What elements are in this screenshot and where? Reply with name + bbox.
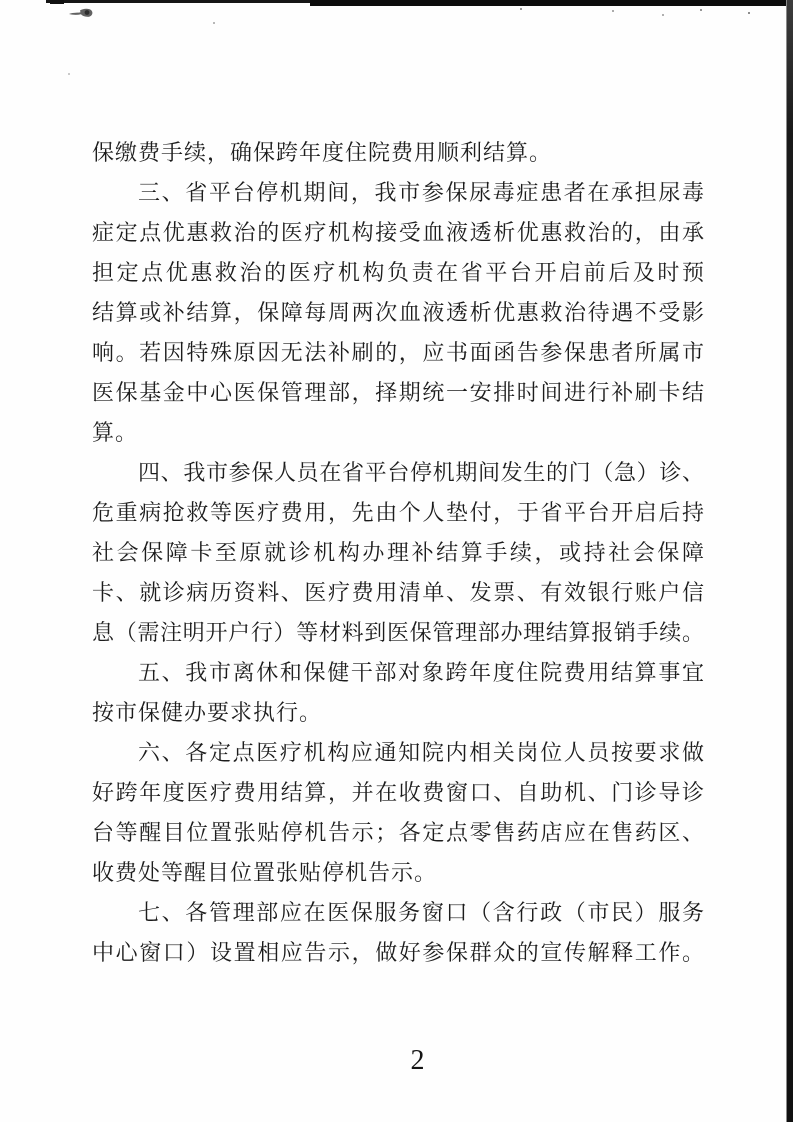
text-line: 保缴费手续，确保跨年度住院费用顺利结算。 xyxy=(92,133,704,173)
text-line: 四、我市参保人员在省平台停机期间发生的门（急）诊、 xyxy=(92,453,704,493)
text-line: 危重病抢救等医疗费用，先由个人垫付，于省平台开启后持 xyxy=(92,493,704,533)
ink-mark-icon xyxy=(68,4,98,22)
scan-edge-top-left-nub xyxy=(50,0,64,4)
document-text: 保缴费手续，确保跨年度住院费用顺利结算。三、省平台停机期间，我市参保尿毒症患者在… xyxy=(92,133,704,973)
text-line: 台等醒目位置张贴停机告示；各定点零售药店应在售药区、 xyxy=(92,813,704,853)
text-line: 六、各定点医疗机构应通知院内相关岗位人员按要求做 xyxy=(92,733,704,773)
text-line: 好跨年度医疗费用结算，并在收费窗口、自助机、门诊导诊 xyxy=(92,773,704,813)
text-line: 按市保健办要求执行。 xyxy=(92,693,704,733)
text-line: 症定点优惠救治的医疗机构接受血液透析优惠救治的，由承 xyxy=(92,213,704,253)
text-line: 算。 xyxy=(92,413,704,453)
text-line: 七、各管理部应在医保服务窗口（含行政（市民）服务 xyxy=(92,893,704,933)
text-line: 中心窗口）设置相应告示，做好参保群众的宣传解释工作。 xyxy=(92,933,704,973)
document-page: 保缴费手续，确保跨年度住院费用顺利结算。三、省平台停机期间，我市参保尿毒症患者在… xyxy=(0,0,793,1122)
text-line: 担定点优惠救治的医疗机构负责在省平台开启前后及时预 xyxy=(92,253,704,293)
text-line: 卡、就诊病历资料、医疗费用清单、发票、有效银行账户信 xyxy=(92,573,704,613)
text-line: 五、我市离休和保健干部对象跨年度住院费用结算事宜 xyxy=(92,653,704,693)
text-line: 三、省平台停机期间，我市参保尿毒症患者在承担尿毒 xyxy=(92,173,704,213)
text-line: 响。若因特殊原因无法补刷的，应书面函告参保患者所属市 xyxy=(92,333,704,373)
text-line: 社会保障卡至原就诊机构办理补结算手续，或持社会保障 xyxy=(92,533,704,573)
text-line: 医保基金中心医保管理部，择期统一安排时间进行补刷卡结 xyxy=(92,373,704,413)
scan-edge-top-right xyxy=(310,0,793,6)
text-line: 结算或补结算，保障每周两次血液透析优惠救治待遇不受影 xyxy=(92,293,704,333)
scan-edge-right xyxy=(786,0,793,1122)
text-line: 收费处等醒目位置张贴停机告示。 xyxy=(92,853,704,893)
text-line: 息（需注明开户行）等材料到医保管理部办理结算报销手续。 xyxy=(92,613,704,653)
page-number: 2 xyxy=(0,1044,793,1078)
scan-speckles xyxy=(0,0,2,2)
